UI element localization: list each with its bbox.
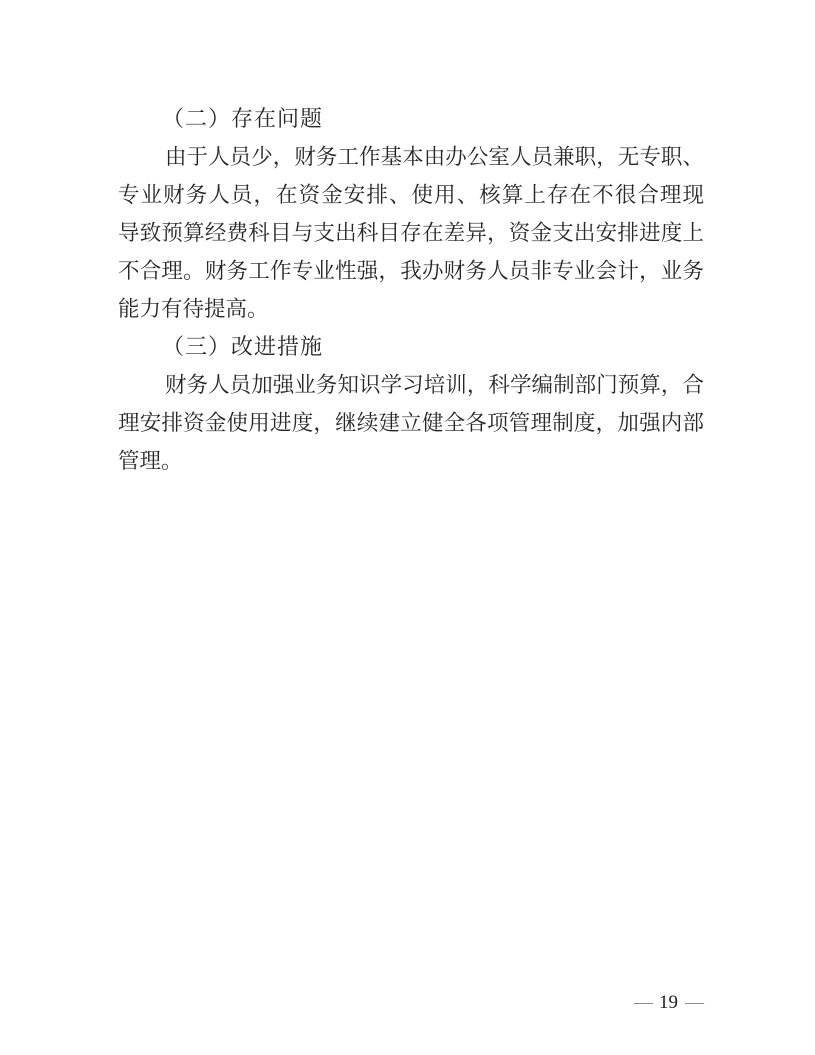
section-2-heading: （二）存在问题: [118, 100, 704, 138]
paragraph-line: 财务人员加强业务知识学习培训，科学编制部门预算，合: [118, 366, 704, 404]
paragraph-line: 管理。: [118, 442, 704, 480]
paragraph-line: 专业财务人员，在资金安排、使用、核算上存在不很合理现象，: [118, 176, 704, 214]
paragraph-line: 能力有待提高。: [118, 290, 704, 328]
paragraph-line: 导致预算经费科目与支出科目存在差异，资金支出安排进度上: [118, 214, 704, 252]
section-3-heading: （三）改进措施: [118, 328, 704, 366]
paragraph-line: 理安排资金使用进度，继续建立健全各项管理制度，加强内部: [118, 404, 704, 442]
page-number: — 19 —: [634, 990, 703, 1016]
document-content: （二）存在问题 由于人员少，财务工作基本由办公室人员兼职，无专职、 专业财务人员…: [118, 100, 704, 480]
page-number-dash-right: —: [685, 990, 703, 1016]
paragraph-line: 不合理。财务工作专业性强，我办财务人员非专业会计，业务: [118, 252, 704, 290]
page-number-value: 19: [659, 990, 678, 1016]
paragraph-line: 由于人员少，财务工作基本由办公室人员兼职，无专职、: [118, 138, 704, 176]
document-page: （二）存在问题 由于人员少，财务工作基本由办公室人员兼职，无专职、 专业财务人员…: [0, 0, 815, 1055]
page-number-dash-left: —: [634, 990, 652, 1016]
